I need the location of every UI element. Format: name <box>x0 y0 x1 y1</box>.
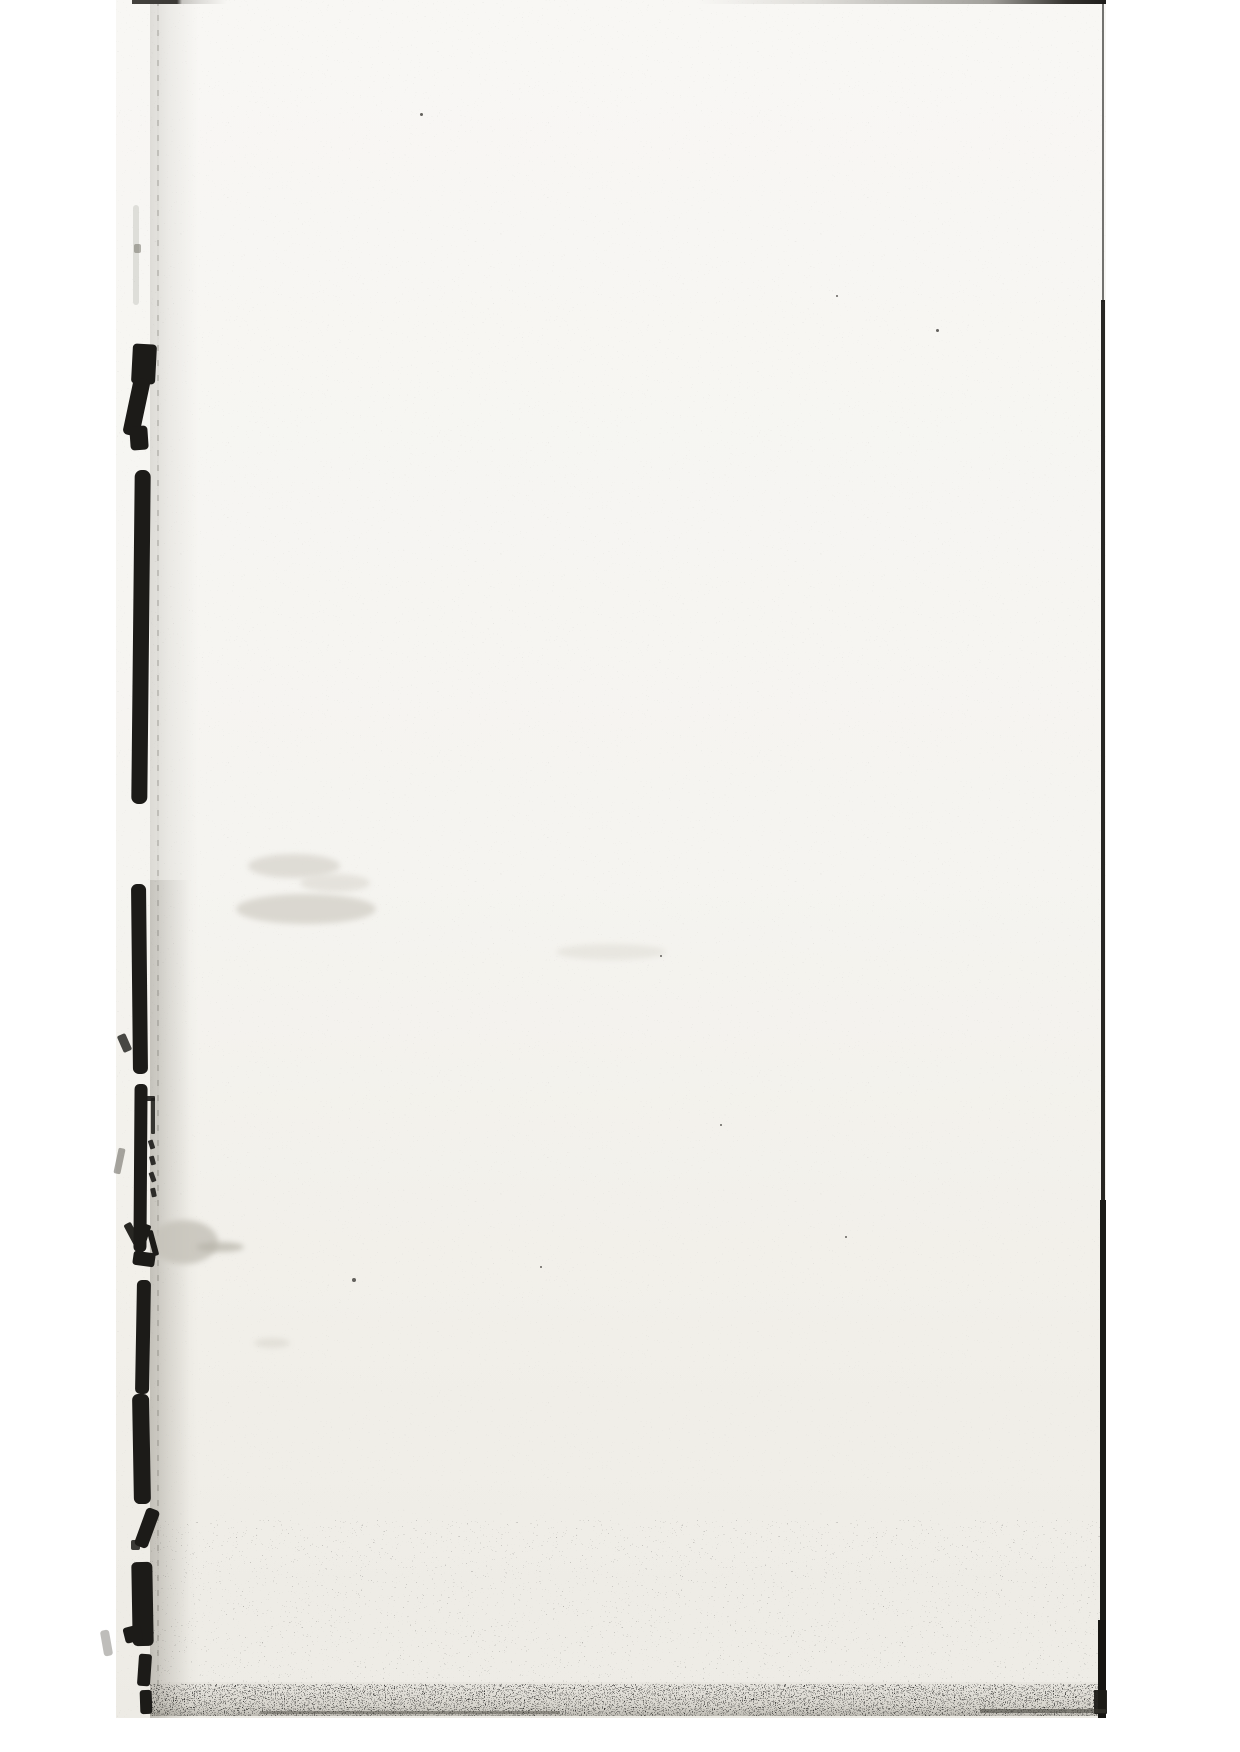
binding-speck <box>131 1540 140 1550</box>
scribble <box>132 1251 156 1268</box>
dirt-speck <box>352 1278 356 1282</box>
right-page-edge-segment <box>1102 2 1104 302</box>
binding-strip <box>132 1394 151 1504</box>
right-page-edge-segment <box>1101 300 1105 1200</box>
scanner-background: { "content": { "visible_text": "" }, "co… <box>0 0 1240 1752</box>
dirt-speck <box>836 295 838 297</box>
gray-smudge <box>300 874 370 892</box>
binding-strip <box>131 884 148 1074</box>
dirt-speck <box>660 955 662 957</box>
gray-smudge <box>196 1242 244 1252</box>
binding-blot <box>137 1654 152 1687</box>
binding-blot <box>140 1690 153 1714</box>
bottom-edge-dash <box>260 1711 560 1714</box>
pen-bracket <box>151 1098 155 1134</box>
gray-smudge <box>236 894 376 924</box>
right-page-edge-segment <box>1100 1200 1106 1620</box>
dirt-speck <box>936 329 939 332</box>
left-edge-speck <box>134 244 141 253</box>
bottom-edge-dash <box>980 1709 1106 1713</box>
dirt-speck <box>845 1236 847 1238</box>
binding-blot <box>129 425 149 450</box>
margin-gray-mark <box>100 1629 113 1656</box>
page-top-edge <box>132 0 1106 4</box>
dirt-speck <box>720 1124 722 1126</box>
dirt-speck <box>540 1266 542 1268</box>
gutter-shadow-lower <box>150 880 190 1718</box>
gray-smudge <box>556 944 666 960</box>
dirt-speck <box>420 113 423 116</box>
gutter-crease-line <box>157 0 159 1718</box>
gray-smudge <box>254 1338 290 1348</box>
left-edge-faint-strip <box>133 205 139 305</box>
binding-strip <box>135 1280 151 1394</box>
